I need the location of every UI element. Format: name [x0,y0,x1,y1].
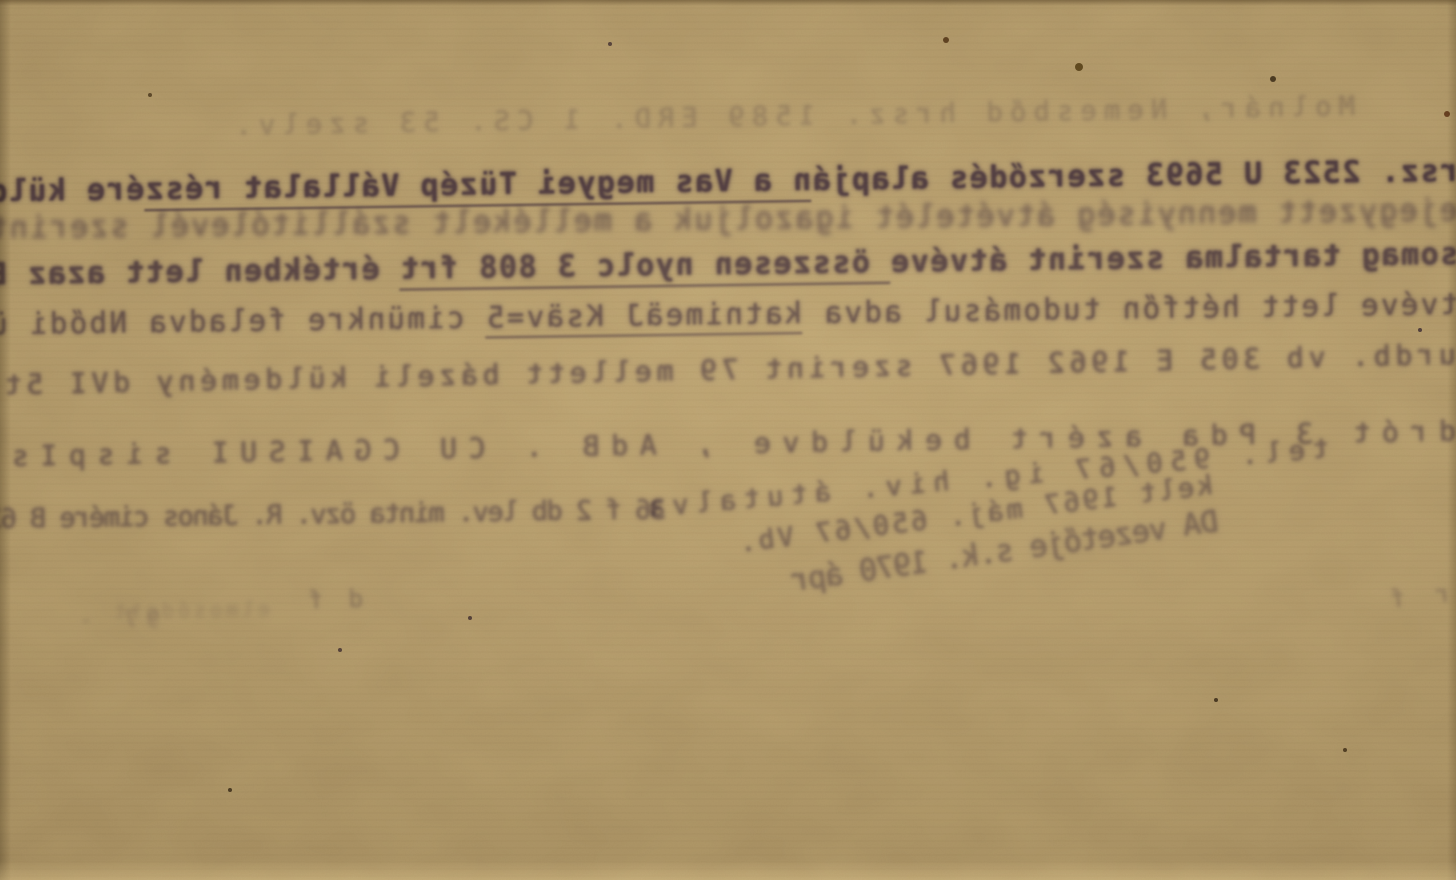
paper-fleck [1214,698,1218,702]
ghost-text-segment-underlined: katnimeäJ Ksäv=5 [484,296,802,338]
ghost-text-segment: cimünkre feladva Nbődi ü [0,300,485,341]
paper-fleck [608,42,612,46]
ghost-text-segment-underlined: összesen nyolc 3 808 frt [399,245,890,291]
paper-fleck [468,616,472,620]
paper-fleck [1418,328,1422,332]
paper-fleck [1075,63,1083,71]
paper-fleck [228,788,232,792]
ghost-text-segment: átvéve lett hétfőn tudomásul adva [802,287,1456,330]
ghost-text-line: df [283,584,364,617]
ghost-text-line: urdb. vb 305 E 1962 1967 szerint 79 mell… [0,337,1456,402]
paper-fleck [1444,111,1450,117]
paper-fleck [1343,748,1347,752]
ghost-text-segment: vb 305 E 1962 1967 szerint 79 mellett bá… [130,340,1326,398]
scanned-document-page: Molnár, Nemesbőd hrsz. 1589 ERD. 1 CS. 5… [0,0,1456,880]
ghost-text-line: elmosódott [110,597,270,625]
ghost-text-segment: rf [1359,579,1451,616]
ghost-text-line: Molnár, Nemesbőd hrsz. 1589 ERD. 1 CS. 5… [205,90,1355,144]
paper-fleck [338,648,342,652]
ghost-text-segment: Frsz. 2523 U 5693 szerződés alapjá [811,154,1456,198]
ghost-text-segment: 36 f 2 db lev. minta özv. R. János cimér… [0,494,666,534]
ghost-text-segment: df [283,585,364,616]
ghost-text-segment: urdb. [1325,338,1456,374]
ghost-text-segment: értékben lett azaz E [0,252,400,293]
ghost-text-segment: elmosódott [110,597,270,624]
paper-fleck [943,37,949,43]
ghost-text-line: 36 f 2 db lev. minta özv. R. János cimér… [6,493,666,536]
bleed-through-text-layer: Molnár, Nemesbőd hrsz. 1589 ERD. 1 CS. 5… [0,0,1456,880]
paper-fleck [148,93,152,97]
ghost-text-segment: ére küld [0,172,145,209]
ghost-text-line: átvéve lett hétfőn tudomásul adva katnim… [0,286,1456,343]
ghost-text-segment: dVI 5t [0,366,130,402]
ghost-text-segment: Csomag tartalma szerint átvéve [889,237,1456,280]
paper-fleck [1270,76,1276,82]
ghost-text-line: rf [1359,578,1452,617]
ghost-text-segment: Molnár, Nemesbőd hrsz. 1589 ERD. 1 CS. 5… [228,91,1355,142]
